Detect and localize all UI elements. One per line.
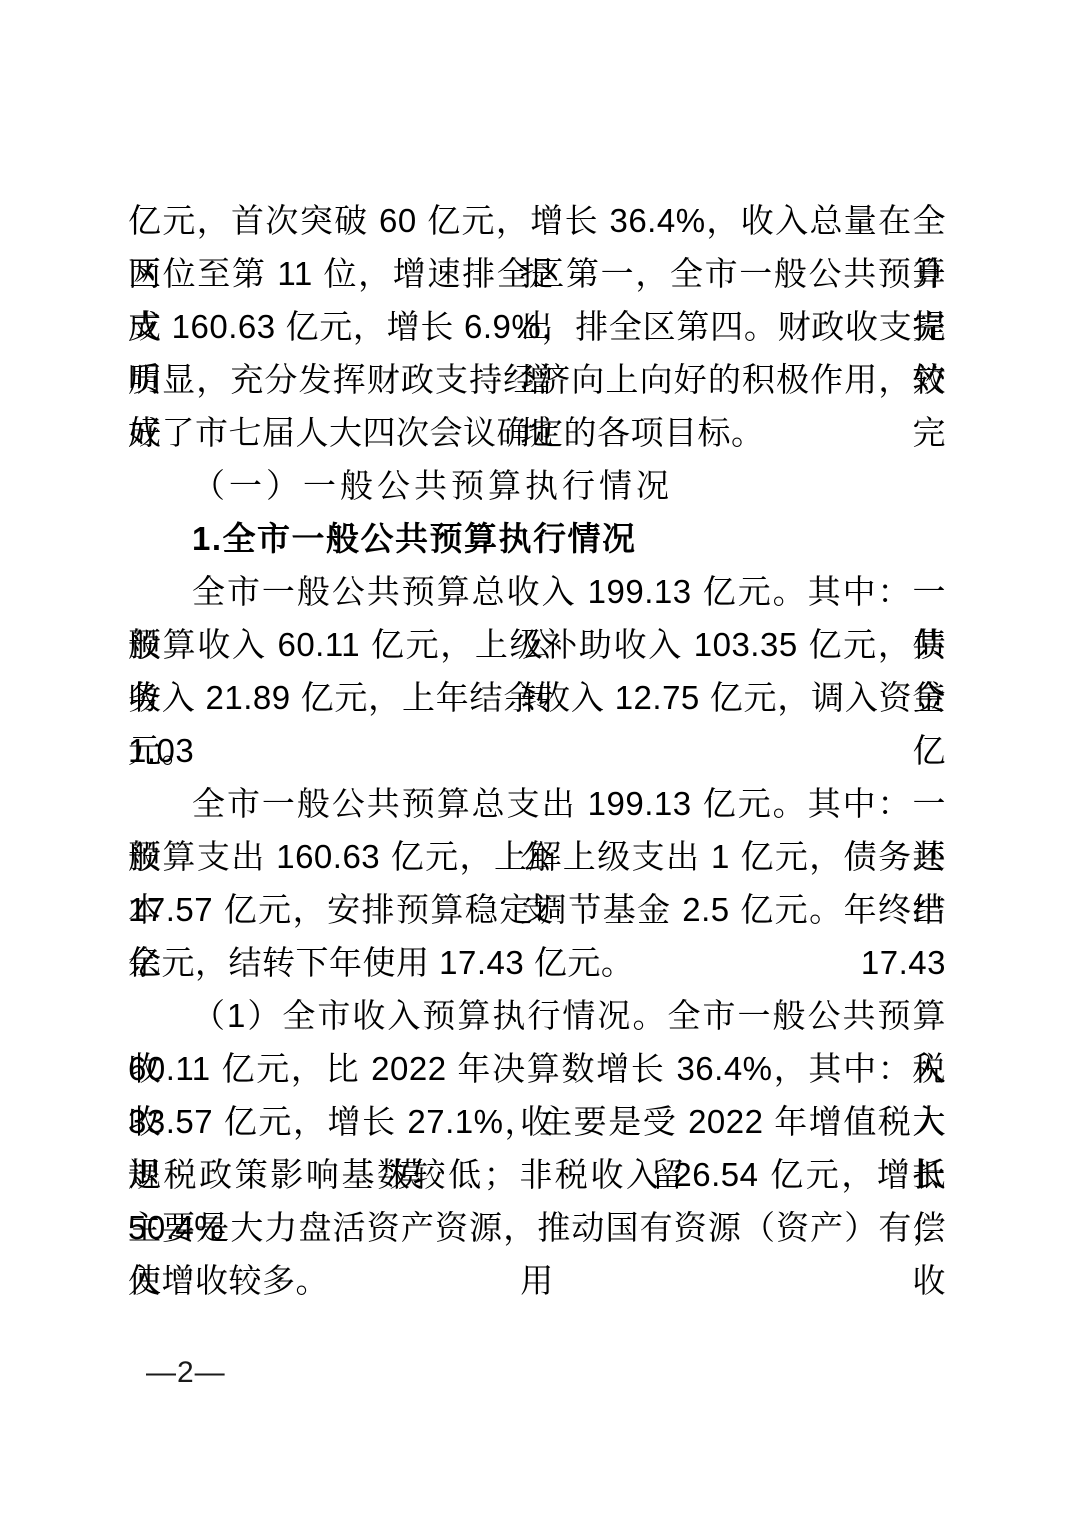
document-page: 亿元，首次突破 60 亿元，增长 36.4%，收入总量在全区提升两位至第 11 … bbox=[0, 0, 1074, 1520]
paragraph-line: 预算收入 60.11 亿元，上级补助收入 103.35 亿元，债务转贷 bbox=[128, 618, 946, 671]
paragraph-line: 60.11 亿元，比 2022 年决算数增长 36.4%，其中：税收收入 bbox=[128, 1042, 946, 1095]
document-body: 亿元，首次突破 60 亿元，增长 36.4%，收入总量在全区提升两位至第 11 … bbox=[128, 194, 946, 1307]
paragraph-line: 33.57 亿元，增长 27.1%，主要是受 2022 年增值税大规模留抵 bbox=[128, 1095, 946, 1148]
paragraph-line: 全市一般公共预算总收入 199.13 亿元。其中：一般公共 bbox=[128, 565, 946, 618]
paragraph-line: 主要是大力盘活资产资源，推动国有资源（资产）有偿使用收 bbox=[128, 1201, 946, 1254]
paragraph-line: 收入 21.89 亿元，上年结余收入 12.75 亿元，调入资金 1.03 亿 bbox=[128, 671, 946, 724]
paragraph-line: 全市一般公共预算总支出 199.13 亿元。其中：一般公共 bbox=[128, 777, 946, 830]
paragraph-line: 17.57 亿元，安排预算稳定调节基金 2.5 亿元。年终结余 17.43 bbox=[128, 883, 946, 936]
numbered-subheading: 1.全市一般公共预算执行情况 bbox=[128, 512, 946, 565]
paragraph-line: 亿元，首次突破 60 亿元，增长 36.4%，收入总量在全区提升 bbox=[128, 194, 946, 247]
paragraph-line: （1）全市收入预算执行情况。全市一般公共预算收入 bbox=[128, 989, 946, 1042]
paragraph-line: 退税政策影响基数较低；非税收入 26.54 亿元，增长 50.4%， bbox=[128, 1148, 946, 1201]
paragraph-line: 成 160.63 亿元，增长 6.9%，排全区第四。财政收支提质增效 bbox=[128, 300, 946, 353]
paragraph-line: 预算支出 160.63 亿元，上解上级支出 1 亿元，债务还本支出 bbox=[128, 830, 946, 883]
paragraph-line: 两位至第 11 位，增速排全区第一，全市一般公共预算支出完 bbox=[128, 247, 946, 300]
paragraph-line: 明显，充分发挥财政支持经济向上向好的积极作用，较好地完 bbox=[128, 353, 946, 406]
subsection-heading: （一）一般公共预算执行情况 bbox=[128, 459, 946, 512]
page-number: —2— bbox=[146, 1353, 226, 1393]
